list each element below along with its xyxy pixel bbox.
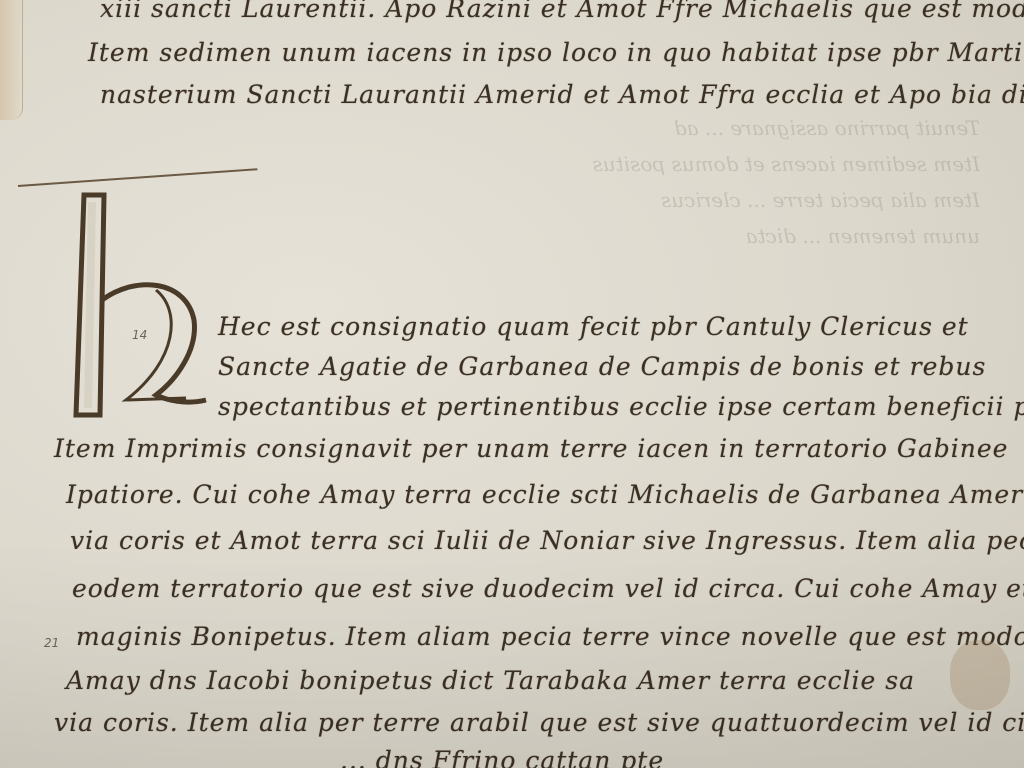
body-line-4: eodem terratorio que est sive duodecim v… (72, 574, 1024, 603)
water-stain (950, 640, 1010, 710)
decorated-initial-h (66, 190, 216, 420)
page-edge (0, 0, 23, 120)
body-line-8: ... dns Ffrino cattan pte (340, 746, 664, 768)
top-line-2: Item sedimen unum iacens in ipso loco in… (88, 38, 1024, 67)
top-line-3: nasterium Sancti Laurantii Amerid et Amo… (100, 80, 1024, 109)
top-line-1: xiii sancti Laurentii. Apo Razini et Amo… (100, 0, 1024, 23)
body-line-3: via coris et Amot terra sci Iulii de Non… (70, 526, 1024, 555)
manuscript-page: Tenuit parrino assignare ... ad Item sed… (0, 0, 1024, 768)
body-line-2: Ipatiore. Cui cohe Amay terra ecclie sct… (66, 480, 1023, 509)
body-line-7: via coris. Item alia per terre arabil qu… (54, 708, 1024, 737)
margin-number-14: 14 (132, 328, 147, 342)
heading-line-1: Hec est consignatio quam fecit pbr Cantu… (218, 312, 969, 341)
heading-line-2: Sancte Agatie de Garbanea de Campis de b… (218, 352, 986, 381)
body-line-1: Item Imprimis consignavit per unam terre… (54, 434, 1008, 463)
heading-line-3: spectantibus et pertinentibus ecclie ips… (218, 392, 1024, 421)
body-line-5: maginis Bonipetus. Item aliam pecia terr… (76, 622, 1024, 651)
margin-number-21: 21 (44, 636, 59, 650)
section-divider-flourish (18, 168, 258, 187)
bleed-through-text: Tenuit parrino assignare ... ad Item sed… (280, 110, 980, 310)
body-line-6: Amay dns Iacobi bonipetus dict Tarabaka … (66, 666, 915, 695)
